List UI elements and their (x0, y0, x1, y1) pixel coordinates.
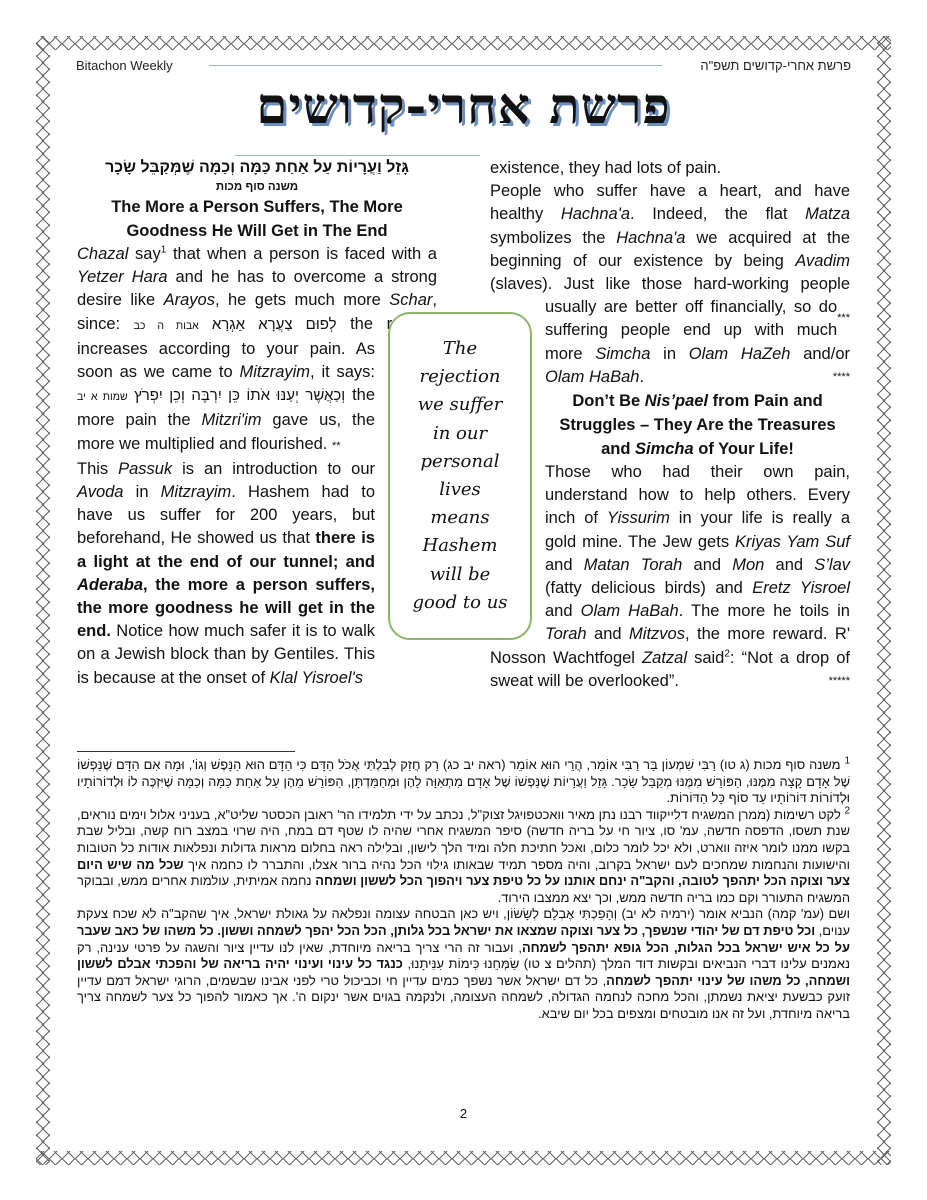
term: Torah (545, 625, 587, 643)
left-column: גָּזֵל וַעֲרָיוֹת עַל אַחַת כַּמָּה וְכַ… (77, 157, 437, 690)
text: , it says: (310, 363, 375, 381)
header-rule (209, 65, 663, 66)
term: Matza (805, 205, 850, 223)
text: in (650, 345, 688, 363)
term: Kriyas Yam Suf (735, 533, 850, 551)
term: Klal Yisroel's (270, 669, 363, 687)
term: Chazal (77, 245, 128, 263)
paragraph-continued: existence, they had lots of pain.*** (490, 157, 850, 180)
text: and (682, 556, 732, 574)
term: Eretz Yisroel (752, 579, 850, 597)
running-header: Bitachon Weekly פרשת אחרי-קדושים תשפ"ה (76, 56, 851, 74)
text: existence, they had lots of pain. (490, 159, 721, 177)
term: Arayos (164, 291, 215, 309)
text: and (764, 556, 814, 574)
parsha-label: פרשת אחרי-קדושים תשפ"ה (700, 58, 851, 73)
term: Yetzer Hara (77, 268, 168, 286)
publication-name: Bitachon Weekly (76, 58, 173, 73)
text: . (639, 368, 644, 386)
footnote-separator (77, 751, 295, 752)
title-rule (235, 155, 480, 156)
text: is an introduction to our (172, 460, 375, 478)
term: Yissurim (607, 509, 670, 527)
border-top (36, 36, 891, 50)
page-title: פרשת אחרי-קדושים (0, 76, 927, 135)
footnote-2: 2 לקט רשימות (ממרן המשגיח דלייקווד רבנו … (77, 807, 850, 907)
border-left (36, 36, 50, 1165)
footnote-text: משנה סוף מכות (ג טו) רַבִּי שִׁמְעוֹן בַ… (77, 757, 850, 805)
term: Hachna'a (561, 205, 630, 223)
term: Schar (389, 291, 432, 309)
footnote-number: 2 (844, 805, 850, 816)
term: Hachna'a (616, 229, 685, 247)
term: Simcha (595, 345, 650, 363)
term: Mitzrayim (161, 483, 232, 501)
term: Avoda (77, 483, 124, 501)
text: This (77, 460, 118, 478)
section-stars: **** (833, 366, 850, 389)
text: . The more he toils in (679, 602, 850, 620)
term: Mitzvos (629, 625, 685, 643)
text: and (545, 602, 581, 620)
right-column: existence, they had lots of pain.*** Peo… (490, 157, 850, 693)
text: symbolizes the (490, 229, 616, 247)
text: , he gets much more (215, 291, 389, 309)
term: Mitzrayim (239, 363, 310, 381)
section-stars: *** (837, 307, 850, 330)
hebrew-quote: וְכַאֲשֶׁר יְעַנּוּ אֹתוֹ כֵּן יִרְבֶּה … (77, 387, 345, 404)
footnote-text: לקט רשימות (ממרן המשגיח דלייקווד רבנו נת… (77, 807, 850, 872)
hebrew-source: משנה סוף מכות (77, 179, 437, 195)
article-heading: The More a Person Suffers, The More Good… (77, 195, 437, 243)
section-stars: ** (332, 440, 341, 452)
term: Olam HaBah (545, 368, 639, 386)
term: Olam HaBah (581, 602, 679, 620)
footnotes: 1 משנה סוף מכות (ג טו) רַבִּי שִׁמְעוֹן … (77, 757, 850, 1023)
footnote-number: 1 (844, 756, 850, 767)
section-stars: ***** (829, 670, 850, 693)
text: say (128, 245, 160, 263)
footnote-1: 1 משנה סוף מכות (ג טו) רַבִּי שִׁמְעוֹן … (77, 757, 850, 807)
term: S’lav (814, 556, 850, 574)
text: that when a person is faced with a (166, 245, 437, 263)
text: and (587, 625, 629, 643)
term: Passuk (118, 460, 172, 478)
footnote-2-continued: ושם (עמ' קמה) הנביא אומר (ירמיה לא יב) ו… (77, 906, 850, 1022)
term: Olam HaZeh (689, 345, 791, 363)
border-bottom (36, 1151, 891, 1165)
term: Avadim (795, 252, 850, 270)
page-number: 2 (0, 1106, 927, 1121)
text: and/or (790, 345, 850, 363)
term: Mitzri'im (202, 411, 262, 429)
text: and (545, 556, 584, 574)
text: said (687, 649, 724, 667)
text: (fatty delicious birds) and (545, 579, 752, 597)
hebrew-quote: לְפוּם צַעֲרָא אַגְרָא אבות ה כב (134, 316, 337, 333)
paragraph-intro: Chazal say1 that when a person is faced … (77, 243, 437, 458)
text: in (124, 483, 161, 501)
term: Matan Torah (584, 556, 683, 574)
text: . Indeed, the flat (630, 205, 805, 223)
term: Zatzal (642, 649, 687, 667)
term: Mon (732, 556, 764, 574)
hebrew-heading: גָּזֵל וַעֲרָיוֹת עַל אַחַת כַּמָּה וְכַ… (77, 157, 437, 179)
border-right (877, 36, 891, 1165)
